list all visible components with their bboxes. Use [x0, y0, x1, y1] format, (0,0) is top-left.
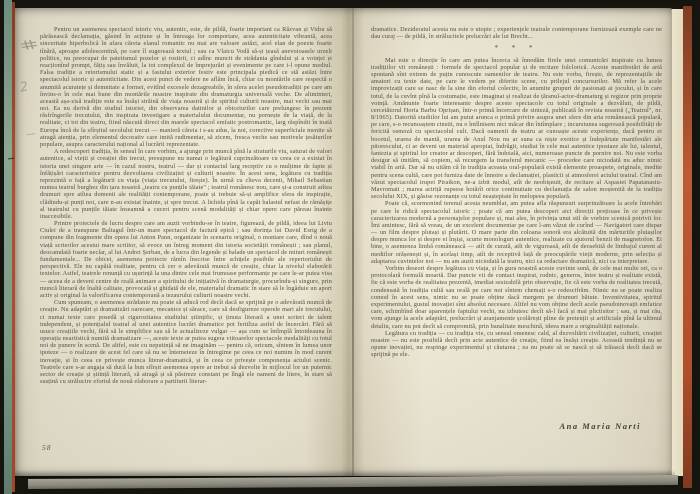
right-page-text-block: dramatice. Dezideratul acesta nu este o …: [371, 26, 662, 426]
continuation-paragraph: dramatice. Dezideratul acesta nu este o …: [371, 26, 662, 40]
section-separator: * * *: [371, 45, 662, 52]
paragraph: Printre proiectele de lucru despre care …: [40, 220, 332, 299]
paragraph: Vorbim deseori despre legătura cu viața,…: [371, 265, 662, 330]
pencil-dash-annotation: —: [25, 128, 36, 140]
fore-edge-pages: [672, 9, 683, 476]
page-top-shadow: [360, 6, 680, 10]
book-cover-edge-green: [4, 0, 12, 494]
paragraph: Legătura cu tradiția — cu tradiția vie, …: [371, 330, 662, 359]
book-cover-edge-red-right: [683, 6, 692, 488]
book-gutter: [352, 8, 354, 476]
left-page-text-block: Pentru un asemenea spectacol istoric viu…: [40, 26, 332, 440]
paragraph: Poate că, scormonind terenul acesta neum…: [371, 200, 662, 265]
paragraph: A redescoperi tradiția, în sensul în car…: [40, 148, 332, 220]
book-scan-photo: # 2 — ı Pentru un asemenea spectacol ist…: [0, 0, 700, 494]
paragraph: Cum spuneam, o asemenea strădanie nu poa…: [40, 299, 332, 385]
paragraph: Pentru un asemenea spectacol istoric viu…: [40, 26, 332, 148]
author-signature: Ana Maria Narti: [371, 421, 641, 431]
page-number: 58: [42, 443, 52, 452]
paragraph: Mai este o direcție în care am putea înc…: [371, 57, 662, 201]
